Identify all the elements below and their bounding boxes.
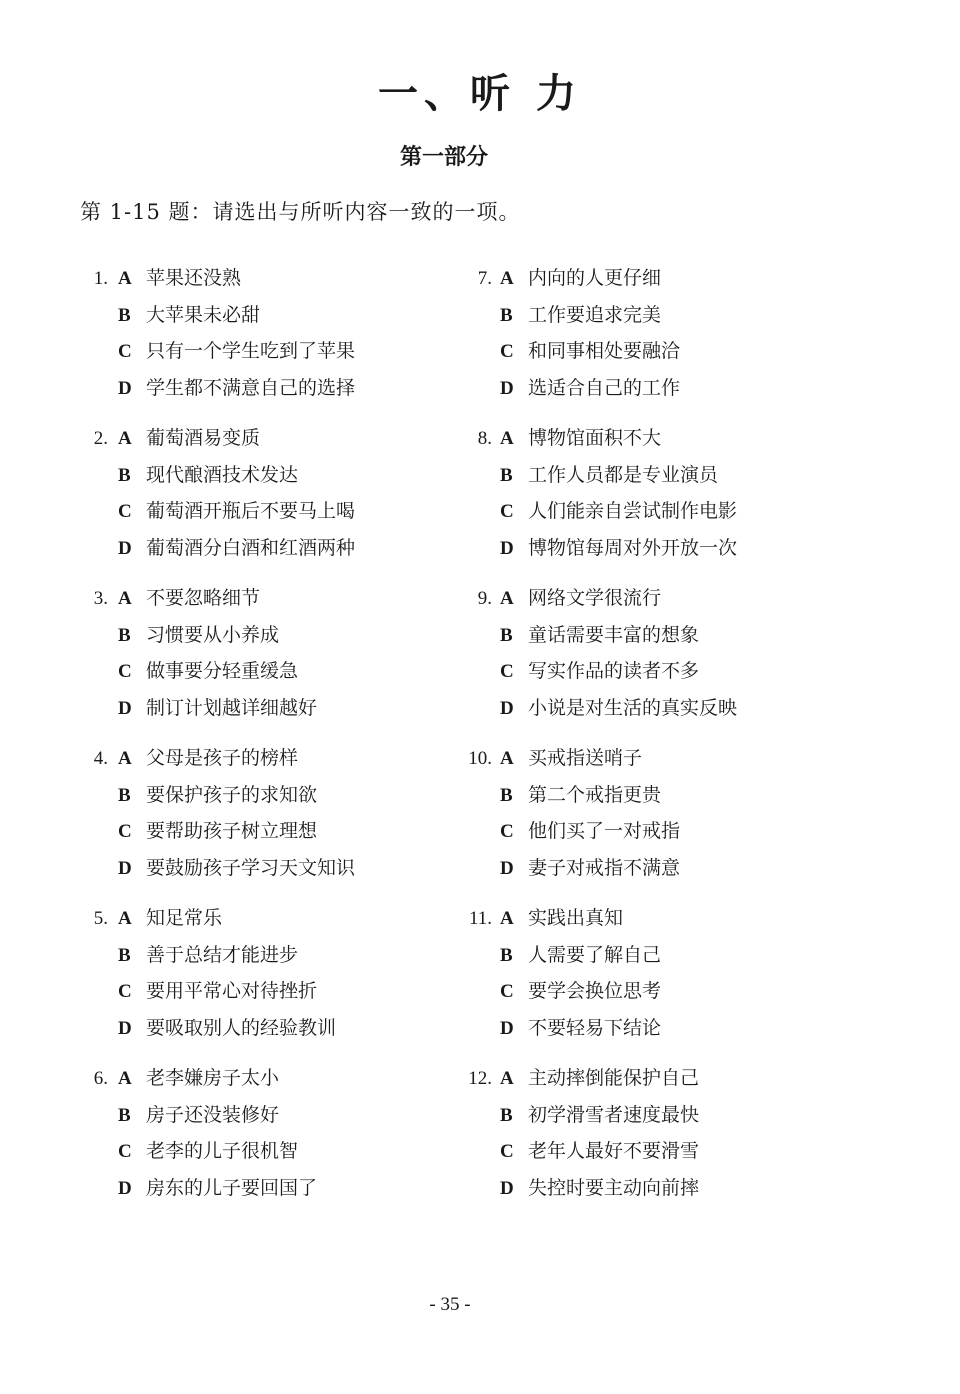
option-text: 要学会换位思考 — [528, 980, 661, 1002]
option-text: 博物馆每周对外开放一次 — [528, 537, 737, 559]
option-text: 第二个戒指更贵 — [528, 784, 661, 806]
option-letter: A — [118, 1061, 146, 1097]
option-a: A博物馆面积不大 — [500, 420, 661, 457]
option-a: A买戒指送哨子 — [500, 740, 642, 777]
option-letter: D — [118, 371, 146, 407]
option-letter: A — [500, 901, 528, 937]
option-text: 实践出真知 — [528, 907, 623, 929]
option-text: 他们买了一对戒指 — [528, 820, 680, 842]
option-letter: C — [118, 494, 146, 530]
option-a: A知足常乐 — [118, 900, 222, 937]
option-d: D房东的儿子要回国了 — [118, 1170, 317, 1207]
option-letter: B — [118, 778, 146, 814]
option-letter: B — [118, 298, 146, 334]
option-text: 善于总结才能进步 — [146, 944, 298, 966]
instruction-text: 第 1-15 题：请选出与所听内容一致的一项。 — [80, 196, 521, 226]
option-letter: A — [118, 901, 146, 937]
option-a: A不要忽略细节 — [118, 580, 260, 617]
option-text: 葡萄酒易变质 — [146, 427, 260, 449]
option-a: A实践出真知 — [500, 900, 623, 937]
option-letter: B — [118, 458, 146, 494]
option-letter: D — [500, 1011, 528, 1047]
option-b: B大苹果未必甜 — [118, 297, 260, 334]
option-b: B人需要了解自己 — [500, 937, 661, 974]
option-b: B习惯要从小养成 — [118, 617, 279, 654]
question-number: 7. — [460, 268, 492, 290]
option-c: C老李的儿子很机智 — [118, 1133, 298, 1170]
option-text: 葡萄酒分白酒和红酒两种 — [146, 537, 355, 559]
option-letter: B — [500, 298, 528, 334]
option-text: 初学滑雪者速度最快 — [528, 1104, 699, 1126]
question-number: 3. — [80, 588, 108, 610]
option-b: B工作人员都是专业演员 — [500, 457, 718, 494]
option-b: B要保护孩子的求知欲 — [118, 777, 317, 814]
option-c: C写实作品的读者不多 — [500, 653, 699, 690]
option-letter: B — [500, 618, 528, 654]
option-text: 老李嫌房子太小 — [146, 1067, 279, 1089]
option-d: D不要轻易下结论 — [500, 1010, 661, 1047]
option-text: 工作要追求完美 — [528, 304, 661, 326]
option-text: 童话需要丰富的想象 — [528, 624, 699, 646]
option-text: 不要轻易下结论 — [528, 1017, 661, 1039]
option-letter: B — [500, 938, 528, 974]
option-letter: D — [118, 851, 146, 887]
option-letter: D — [500, 531, 528, 567]
option-text: 要帮助孩子树立理想 — [146, 820, 317, 842]
option-text: 主动摔倒能保护自己 — [528, 1067, 699, 1089]
option-d: D要鼓励孩子学习天文知识 — [118, 850, 355, 887]
part-subtitle: 第一部分 — [0, 140, 888, 171]
option-letter: C — [500, 1134, 528, 1170]
option-letter: D — [118, 1011, 146, 1047]
option-c: C老年人最好不要滑雪 — [500, 1133, 699, 1170]
option-letter: A — [500, 421, 528, 457]
question-number: 4. — [80, 748, 108, 770]
option-text: 工作人员都是专业演员 — [528, 464, 718, 486]
option-d: D葡萄酒分白酒和红酒两种 — [118, 530, 355, 567]
option-a: A网络文学很流行 — [500, 580, 661, 617]
option-c: C只有一个学生吃到了苹果 — [118, 333, 355, 370]
option-letter: B — [118, 938, 146, 974]
option-a: A内向的人更仔细 — [500, 260, 661, 297]
option-letter: B — [500, 1098, 528, 1134]
option-text: 选适合自己的工作 — [528, 377, 680, 399]
option-text: 要鼓励孩子学习天文知识 — [146, 857, 355, 879]
option-text: 要保护孩子的求知欲 — [146, 784, 317, 806]
option-text: 买戒指送哨子 — [528, 747, 642, 769]
option-text: 和同事相处要融洽 — [528, 340, 680, 362]
option-text: 现代酿酒技术发达 — [146, 464, 298, 486]
option-text: 父母是孩子的榜样 — [146, 747, 298, 769]
option-d: D妻子对戒指不满意 — [500, 850, 680, 887]
option-text: 小说是对生活的真实反映 — [528, 697, 737, 719]
option-text: 妻子对戒指不满意 — [528, 857, 680, 879]
question-number: 12. — [460, 1068, 492, 1090]
option-letter: C — [500, 974, 528, 1010]
option-letter: B — [500, 458, 528, 494]
option-d: D博物馆每周对外开放一次 — [500, 530, 737, 567]
option-c: C做事要分轻重缓急 — [118, 653, 298, 690]
option-text: 葡萄酒开瓶后不要马上喝 — [146, 500, 355, 522]
option-text: 要吸取别人的经验教训 — [146, 1017, 336, 1039]
option-d: D选适合自己的工作 — [500, 370, 680, 407]
option-letter: D — [118, 691, 146, 727]
option-letter: A — [118, 261, 146, 297]
question-number: 2. — [80, 428, 108, 450]
option-c: C要帮助孩子树立理想 — [118, 813, 317, 850]
option-text: 学生都不满意自己的选择 — [146, 377, 355, 399]
option-d: D制订计划越详细越好 — [118, 690, 317, 727]
option-text: 网络文学很流行 — [528, 587, 661, 609]
question-number: 6. — [80, 1068, 108, 1090]
question-number: 10. — [460, 748, 492, 770]
option-letter: C — [118, 654, 146, 690]
option-letter: D — [500, 691, 528, 727]
option-letter: A — [118, 421, 146, 457]
option-letter: D — [500, 851, 528, 887]
page-number: - 35 - — [0, 1294, 900, 1316]
option-letter: B — [500, 778, 528, 814]
option-c: C人们能亲自尝试制作电影 — [500, 493, 737, 530]
option-c: C他们买了一对戒指 — [500, 813, 680, 850]
option-text: 要用平常心对待挫折 — [146, 980, 317, 1002]
option-text: 房东的儿子要回国了 — [146, 1177, 317, 1199]
option-text: 写实作品的读者不多 — [528, 660, 699, 682]
option-b: B现代酿酒技术发达 — [118, 457, 298, 494]
option-c: C葡萄酒开瓶后不要马上喝 — [118, 493, 355, 530]
option-letter: D — [500, 371, 528, 407]
option-text: 习惯要从小养成 — [146, 624, 279, 646]
option-text: 大苹果未必甜 — [146, 304, 260, 326]
option-letter: C — [118, 334, 146, 370]
option-a: A父母是孩子的榜样 — [118, 740, 298, 777]
option-a: A葡萄酒易变质 — [118, 420, 260, 457]
option-letter: C — [500, 494, 528, 530]
option-text: 博物馆面积不大 — [528, 427, 661, 449]
option-a: A主动摔倒能保护自己 — [500, 1060, 699, 1097]
option-letter: A — [118, 741, 146, 777]
option-b: B房子还没装修好 — [118, 1097, 279, 1134]
option-letter: C — [500, 654, 528, 690]
option-c: C和同事相处要融洽 — [500, 333, 680, 370]
option-text: 房子还没装修好 — [146, 1104, 279, 1126]
option-d: D失控时要主动向前摔 — [500, 1170, 699, 1207]
question-number: 5. — [80, 908, 108, 930]
option-letter: A — [500, 261, 528, 297]
option-b: B第二个戒指更贵 — [500, 777, 661, 814]
option-letter: B — [118, 1098, 146, 1134]
option-text: 制订计划越详细越好 — [146, 697, 317, 719]
option-letter: A — [500, 581, 528, 617]
option-letter: C — [500, 814, 528, 850]
option-text: 老年人最好不要滑雪 — [528, 1140, 699, 1162]
option-b: B初学滑雪者速度最快 — [500, 1097, 699, 1134]
option-a: A老李嫌房子太小 — [118, 1060, 279, 1097]
question-number: 9. — [460, 588, 492, 610]
option-text: 失控时要主动向前摔 — [528, 1177, 699, 1199]
option-letter: C — [118, 1134, 146, 1170]
option-c: C要学会换位思考 — [500, 973, 661, 1010]
option-b: B工作要追求完美 — [500, 297, 661, 334]
option-letter: D — [118, 531, 146, 567]
option-d: D学生都不满意自己的选择 — [118, 370, 355, 407]
option-text: 只有一个学生吃到了苹果 — [146, 340, 355, 362]
option-text: 人需要了解自己 — [528, 944, 661, 966]
option-a: A苹果还没熟 — [118, 260, 241, 297]
option-letter: C — [118, 814, 146, 850]
option-letter: A — [500, 741, 528, 777]
option-letter: C — [118, 974, 146, 1010]
option-d: D小说是对生活的真实反映 — [500, 690, 737, 727]
option-text: 内向的人更仔细 — [528, 267, 661, 289]
option-text: 不要忽略细节 — [146, 587, 260, 609]
question-number: 8. — [460, 428, 492, 450]
option-text: 老李的儿子很机智 — [146, 1140, 298, 1162]
option-letter: D — [118, 1171, 146, 1207]
question-number: 1. — [80, 268, 108, 290]
section-title: 一、听 力 — [0, 62, 960, 119]
option-d: D要吸取别人的经验教训 — [118, 1010, 336, 1047]
option-b: B善于总结才能进步 — [118, 937, 298, 974]
question-number: 11. — [460, 908, 492, 930]
option-text: 苹果还没熟 — [146, 267, 241, 289]
option-text: 做事要分轻重缓急 — [146, 660, 298, 682]
option-letter: A — [500, 1061, 528, 1097]
option-text: 人们能亲自尝试制作电影 — [528, 500, 737, 522]
option-letter: B — [118, 618, 146, 654]
option-c: C要用平常心对待挫折 — [118, 973, 317, 1010]
option-text: 知足常乐 — [146, 907, 222, 929]
option-letter: C — [500, 334, 528, 370]
option-letter: D — [500, 1171, 528, 1207]
option-b: B童话需要丰富的想象 — [500, 617, 699, 654]
option-letter: A — [118, 581, 146, 617]
